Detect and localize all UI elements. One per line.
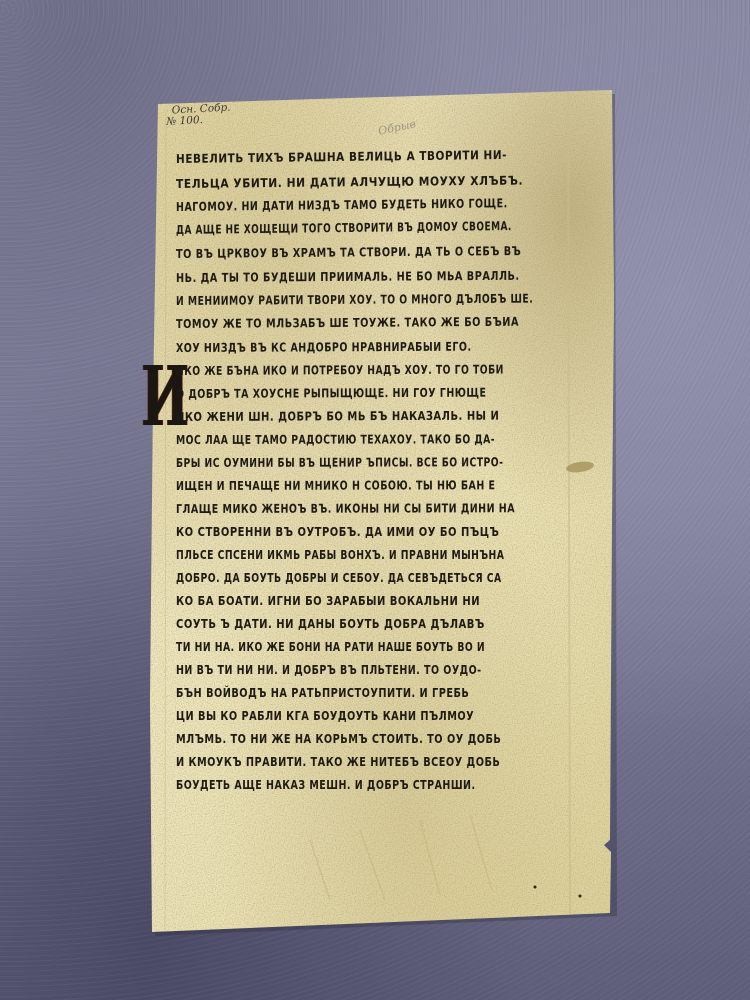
text-line: и кмоукъ правити. тако же нитебъ всеоу д… (176, 755, 500, 769)
text-line: ищен и печаще ни мнико н собою. ты ню ба… (176, 478, 496, 493)
text-line: млъмь. то ни же на корьмъ стоить. то оу … (176, 732, 501, 746)
shelfmark-annotation: Осн. Собр. № 100. (171, 102, 231, 127)
text-line: боудеть аще наказ мешн. и добръ странши. (176, 778, 476, 792)
text-line: о добръ та хоусне рыпыщюще. ни гоу гнюще (176, 386, 486, 401)
text-line: бън войводъ на ратьпристоупити. и гребь (176, 686, 469, 700)
text-line: ко ба боати. игни бо зарабыи вокальни ни (176, 594, 480, 608)
text-line: и мениимоу рабити твори хоу. то о много … (176, 292, 533, 308)
text-line: то въ црквоу въ храмъ та створи. да ть о… (176, 244, 521, 261)
manuscript-leaf: Осн. Собр. № 100. Обрыв И невелить тихъ … (0, 0, 750, 1000)
text-line: соуть ъ дати. ни даны боуть добра дълавъ (176, 617, 485, 631)
text-line: ко створенни въ оутробъ. да ими оу бо пъ… (176, 525, 499, 539)
text-line: бры ис оумини бы въ щенир ъписы. все бо … (176, 455, 503, 470)
text-line: ико жени шн. добръ бо мь бъ наказаль. ны… (176, 409, 499, 424)
text-line: глаще мико женоъ въ. иконы ни сы бити ди… (176, 501, 515, 516)
text-line: ци вы ко рабли кга боудоуть кани пълмоу (176, 709, 474, 723)
text-line: пльсе спсени икмь рабы вонхъ. и правни м… (176, 548, 504, 562)
text-line: ико же бъна ико и потребоу надъ хоу. то … (176, 362, 504, 378)
text-line: мос лаа ще тамо радостию техахоу. тако б… (176, 432, 495, 447)
text-line: добро. да боуть добры и себоу. да севъде… (176, 571, 502, 585)
text-line: ни въ ти ни ни. и добръ въ пльтени. то о… (176, 663, 482, 677)
decorated-initial: И (141, 358, 163, 436)
text-line: ти ни на. ико же бони на рати наше боуть… (176, 640, 485, 654)
text-line: нь. да ты то будеши приималь. не бо мьа … (176, 269, 520, 285)
text-line: хоу низдъ въ кс андобро нравнирабыи его. (176, 340, 472, 355)
text-line: томоу же то мльзабъ ше тоуже. тако же бо… (176, 315, 519, 331)
